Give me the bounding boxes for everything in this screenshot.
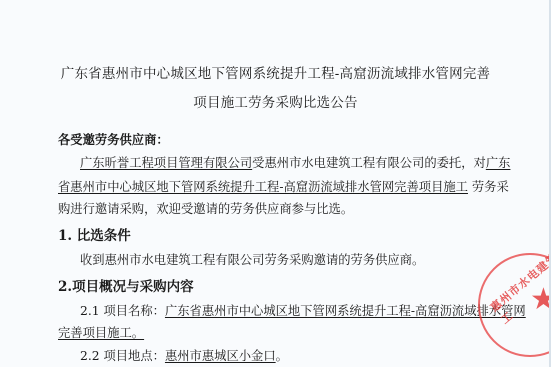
intro-text-a: 受惠州市水电建筑工程有限公司的委托，对 [252, 156, 486, 170]
item1-value: 广东省惠州市中心城区地下管网系统提升工程-高窟沥流域排水管网 [165, 304, 526, 318]
section1-body: 收到惠州市水电建筑工程有限公司劳务采购邀请的劳务供应商。 [80, 250, 424, 268]
section2-heading: 2.项目概况与采购内容 [58, 275, 194, 295]
item2-value: 惠州市惠城区小金口 [165, 349, 276, 363]
section2-item2: 2.2 项目地点：惠州市惠城区小金口。 [80, 346, 288, 364]
section1-heading: 1. 比选条件 [58, 224, 131, 244]
salutation: 各受邀劳务供应商： [58, 130, 169, 148]
item1-label: 2.1 项目名称： [80, 304, 165, 318]
intro-text-b: 劳务采 [468, 180, 509, 194]
document-title-line2: 项目施工劳务采购比选公告 [0, 91, 551, 111]
item2-label: 2.2 项目地点： [80, 349, 165, 363]
intro-line-1: 广东昕誉工程项目管理有限公司受惠州市水电建筑工程有限公司的委托，对广东 [80, 153, 510, 171]
section2-item1: 2.1 项目名称：广东省惠州市中心城区地下管网系统提升工程-高窟沥流域排水管网 [80, 301, 526, 319]
project-name-part1: 广东 [486, 156, 511, 170]
document-page: 广东省惠州市中心城区地下管网系统提升工程-高窟沥流域排水管网完善 项目施工劳务采… [0, 0, 549, 367]
intro-line-3: 购进行邀请采购，欢迎受邀请的劳务供应商参与比选。 [58, 199, 353, 217]
agent-company: 广东昕誉工程项目管理有限公司 [80, 156, 252, 170]
company-seal: ★ 惠州市水电建筑工 [478, 253, 551, 357]
section2-item1-cont: 完善项目施工。 [58, 323, 144, 341]
document-title-line1: 广东省惠州市中心城区地下管网系统提升工程-高窟沥流域排水管网完善 [0, 62, 551, 82]
project-name-part2: 省惠州市中心城区地下管网系统提升工程-高窟沥流域排水管网完善项目施工 [58, 180, 468, 194]
intro-line-2: 省惠州市中心城区地下管网系统提升工程-高窟沥流域排水管网完善项目施工 劳务采 [58, 177, 509, 195]
item1-value-cont: 完善项目施工。 [58, 326, 144, 340]
